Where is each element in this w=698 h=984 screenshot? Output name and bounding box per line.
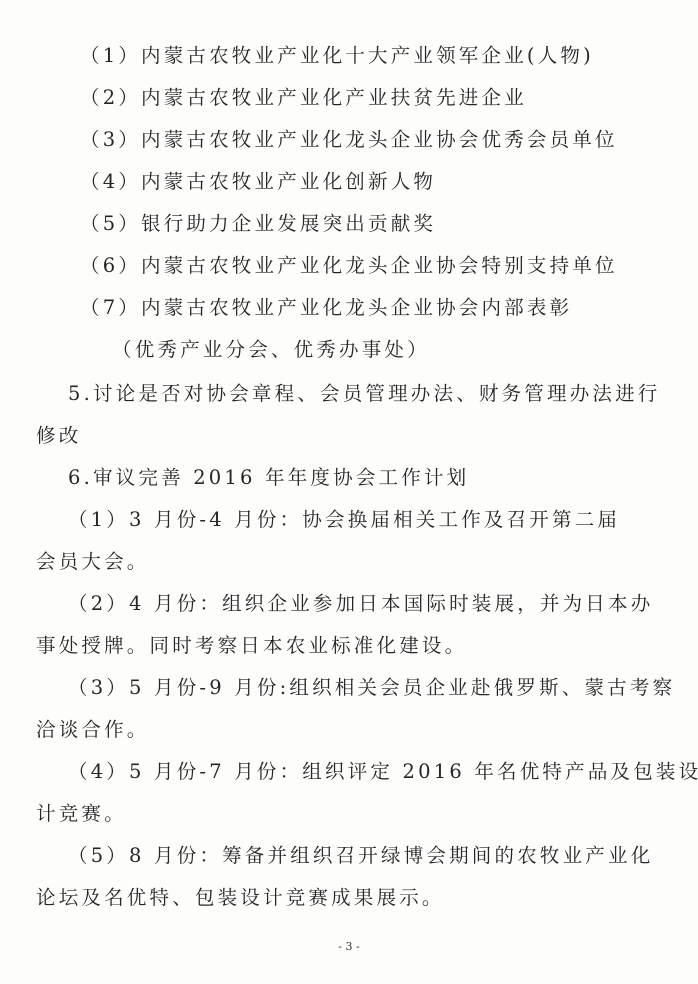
plan-5-line2: 论坛及名优特、包装设计竞赛成果展示。 xyxy=(36,886,445,910)
document-page: （1）内蒙古农牧业产业化十大产业领军企业(人物) （2）内蒙古农牧业产业化产业扶… xyxy=(0,0,698,984)
plan-3-line1: （3）5 月份-9 月份:组织相关会员企业赴俄罗斯、蒙古考察 xyxy=(68,676,675,700)
plan-5-line1: （5）8 月份：筹备并组织召开绿博会期间的农牧业产业化 xyxy=(68,844,653,868)
item6-heading: 6.审议完善 2016 年年度协会工作计划 xyxy=(68,466,469,490)
plan-2-line1: （2）4 月份：组织企业参加日本国际时装展，并为日本办 xyxy=(68,592,653,616)
plan-1-line2: 会员大会。 xyxy=(36,550,150,574)
item5-line2: 修改 xyxy=(36,424,81,448)
award-item-5: （5）银行助力企业发展突出贡献奖 xyxy=(80,212,436,236)
plan-4-line1: （4）5 月份-7 月份：组织评定 2016 年名优特产品及包装设 xyxy=(68,760,698,784)
page-number: - 3 - xyxy=(0,940,698,953)
item5-line1: 5.讨论是否对协会章程、会员管理办法、财务管理办法进行 xyxy=(68,382,661,406)
plan-2-line2: 事处授牌。同时考察日本农业标准化建设。 xyxy=(36,634,467,658)
plan-1-line1: （1）3 月份-4 月份：协会换届相关工作及召开第二届 xyxy=(68,508,620,532)
award-item-7: （7）内蒙古农牧业产业化龙头企业协会内部表彰 xyxy=(80,296,572,320)
award-item-2: （2）内蒙古农牧业产业化产业扶贫先进企业 xyxy=(80,86,527,110)
award-item-4: （4）内蒙古农牧业产业化创新人物 xyxy=(80,170,436,194)
plan-3-line2: 洽谈合作。 xyxy=(36,718,150,742)
plan-4-line2: 计竞赛。 xyxy=(36,802,127,826)
award-item-1: （1）内蒙古农牧业产业化十大产业领军企业(人物) xyxy=(80,44,594,68)
award-item-3: （3）内蒙古农牧业产业化龙头企业协会优秀会员单位 xyxy=(80,128,618,152)
award-item-7-note: （优秀产业分会、优秀办事处） xyxy=(112,338,430,362)
award-item-6: （6）内蒙古农牧业产业化龙头企业协会特别支持单位 xyxy=(80,254,618,278)
